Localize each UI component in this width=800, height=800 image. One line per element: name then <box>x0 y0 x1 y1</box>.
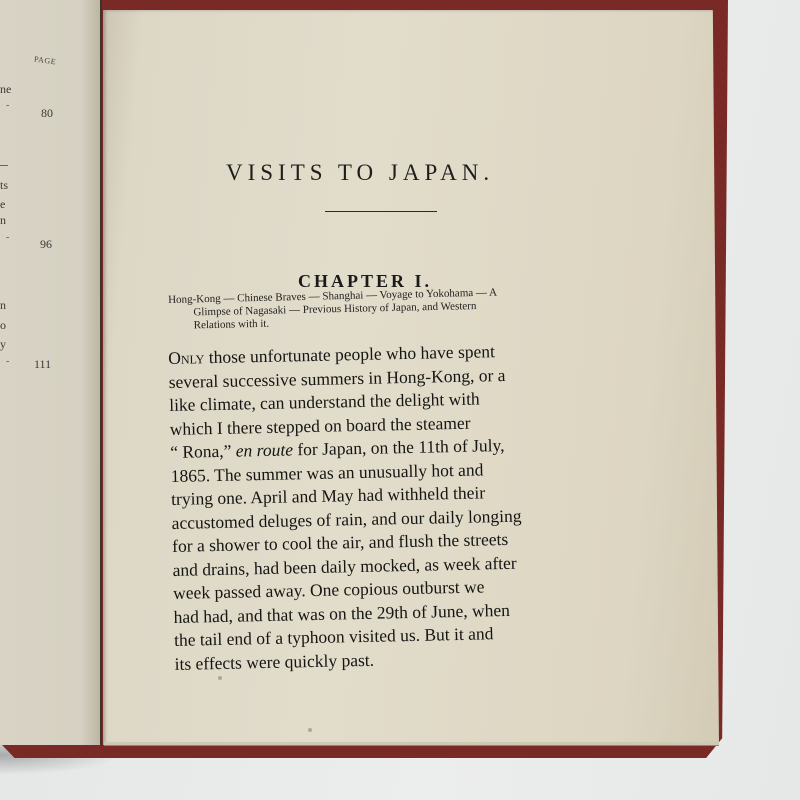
book-title: VISITS TO JAPAN. <box>226 160 526 186</box>
opening-word: Only <box>168 347 205 368</box>
left-page-contents: PAGE ne - 80 ts e n - 96 n o y - 111 <box>0 0 102 745</box>
italic-phrase: en route <box>236 439 294 460</box>
toc-divider <box>0 165 8 166</box>
toc-fragment: ts <box>0 178 8 193</box>
toc-leader: - <box>6 232 9 243</box>
title-divider <box>325 211 437 212</box>
toc-leader: - <box>6 356 9 367</box>
toc-page-number: 111 <box>34 357 51 372</box>
toc-fragment: n <box>0 213 6 228</box>
paper-spot <box>308 728 312 732</box>
paper-spot <box>218 676 222 680</box>
toc-fragment: ne <box>0 82 11 97</box>
chapter-body-text: Only those unfortunate people who have s… <box>168 337 635 676</box>
page-edge <box>104 742 719 746</box>
toc-page-header: PAGE <box>33 55 56 67</box>
toc-fragment: n <box>0 298 6 313</box>
toc-fragment: e <box>0 197 5 212</box>
toc-leader: - <box>6 100 9 111</box>
toc-page-number: 80 <box>41 106 53 121</box>
toc-page-number: 96 <box>40 237 52 252</box>
toc-fragment: o <box>0 318 6 333</box>
toc-fragment: y <box>0 337 6 352</box>
